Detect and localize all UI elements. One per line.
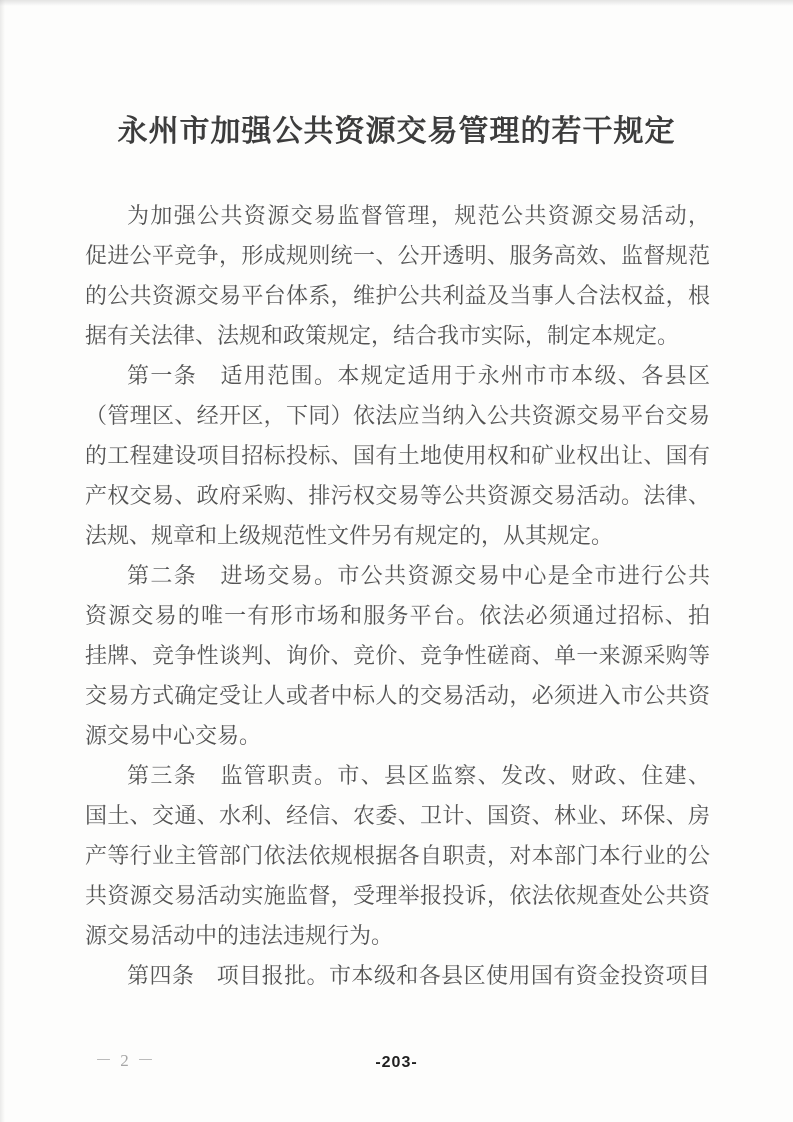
document-line-article-2: 第二条 进场交易。市公共资源交易中心是全市进行公共 (85, 556, 710, 596)
document-line: 为加强公共资源交易监督管理，规范公共资源交易活动， (85, 196, 710, 236)
document-line: 的工程建设项目招标投标、国有土地使用权和矿业权出让、国有 (85, 436, 710, 476)
scanned-document-page: 永州市加强公共资源交易管理的若干规定 为加强公共资源交易监督管理，规范公共资源交… (0, 0, 793, 1122)
document-line-article-1: 第一条 适用范围。本规定适用于永州市市本级、各县区 (85, 356, 710, 396)
document-line: 促进公平竞争，形成规则统一、公开透明、服务高效、监督规范 (85, 236, 710, 276)
page-number-center: -203- (0, 1054, 793, 1072)
document-line: 资源交易的唯一有形市场和服务平台。依法必须通过招标、拍卖、 (85, 596, 710, 636)
document-line: 产权交易、政府采购、排污权交易等公共资源交易活动。法律、 (85, 476, 710, 516)
document-body: 为加强公共资源交易监督管理，规范公共资源交易活动， 促进公平竞争，形成规则统一、… (85, 196, 710, 996)
document-line: 据有关法律、法规和政策规定，结合我市实际，制定本规定。 (85, 316, 710, 356)
document-line: 产等行业主管部门依法依规根据各自职责，对本部门本行业的公 (85, 836, 710, 876)
document-line: 挂牌、竞争性谈判、询价、竞价、竞争性磋商、单一来源采购等 (85, 636, 710, 676)
document-line-article-4: 第四条 项目报批。市本级和各县区使用国有资金投资项目 (85, 956, 710, 996)
document-line: 国土、交通、水利、经信、农委、卫计、国资、林业、环保、房 (85, 796, 710, 836)
document-line: 共资源交易活动实施监督，受理举报投诉，依法依规查处公共资 (85, 876, 710, 916)
document-line: 源交易活动中的违法违规行为。 (85, 916, 710, 956)
document-line: 交易方式确定受让人或者中标人的交易活动，必须进入市公共资 (85, 676, 710, 716)
document-line: 的公共资源交易平台体系，维护公共利益及当事人合法权益，根 (85, 276, 710, 316)
document-line: （管理区、经开区，下同）依法应当纳入公共资源交易平台交易 (85, 396, 710, 436)
document-line-article-3: 第三条 监管职责。市、县区监察、发改、财政、住建、 (85, 756, 710, 796)
document-title: 永州市加强公共资源交易管理的若干规定 (0, 106, 793, 150)
document-line: 源交易中心交易。 (85, 716, 710, 756)
document-line: 法规、规章和上级规范性文件另有规定的，从其规定。 (85, 516, 710, 556)
